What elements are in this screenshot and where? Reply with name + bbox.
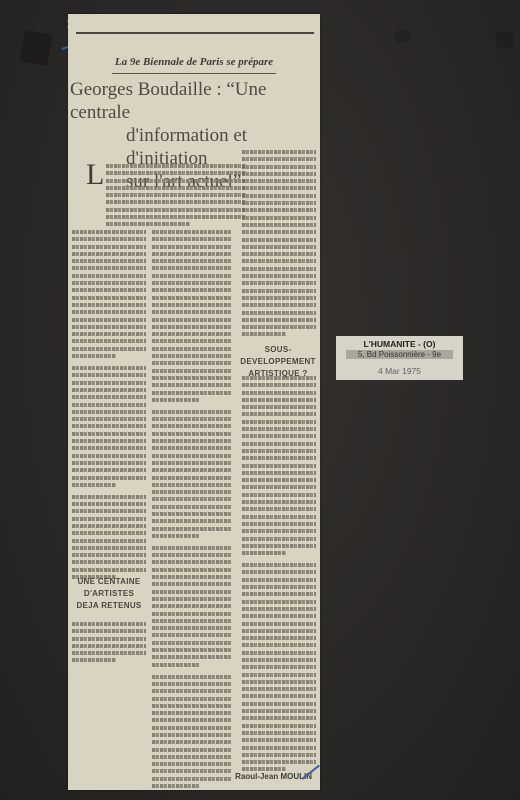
- text-line: [72, 296, 146, 300]
- text-line: [72, 439, 146, 443]
- text-line: [152, 266, 232, 270]
- text-line: [72, 629, 146, 633]
- newspaper-clipping: La 9e Biennale de Paris se prépare Georg…: [68, 14, 320, 790]
- text-line: [242, 442, 316, 446]
- text-line: [242, 289, 316, 293]
- text-line: [106, 179, 246, 183]
- text-line: [72, 266, 146, 270]
- text-line: [242, 420, 316, 424]
- text-line: [152, 755, 232, 759]
- text-line: [72, 622, 146, 626]
- text-line: [152, 769, 232, 773]
- text-line: [152, 641, 232, 645]
- text-line: [242, 607, 316, 611]
- text-line: [152, 281, 232, 285]
- text-line: [242, 724, 316, 728]
- text-line: [242, 296, 316, 300]
- text-line: [152, 748, 232, 752]
- text-line: [152, 575, 232, 579]
- text-line: [106, 215, 246, 219]
- text-line: [242, 478, 316, 482]
- text-line: [242, 680, 316, 684]
- text-line: [106, 208, 246, 212]
- rule: [76, 32, 314, 34]
- text-line: [242, 223, 316, 227]
- text-line: [242, 709, 316, 713]
- text-line: [152, 519, 232, 523]
- text-line: [242, 303, 316, 307]
- text-line: [152, 726, 232, 730]
- text-line: [152, 446, 232, 450]
- text-line: [72, 417, 146, 421]
- tape-residue: [496, 32, 514, 48]
- text-line: [72, 395, 146, 399]
- text-line: [242, 665, 316, 669]
- column-2: [152, 230, 232, 791]
- text-line: [152, 490, 232, 494]
- text-line: [242, 622, 316, 626]
- subhead-centaine-artistes: UNE CENTAINE D'ARTISTES DEJA RETENUS: [72, 576, 146, 612]
- text-line: [152, 497, 232, 501]
- text-line: [242, 651, 316, 655]
- text-line: [242, 702, 316, 706]
- text-line: [152, 633, 232, 637]
- text-line: [242, 544, 316, 548]
- text-line: [72, 366, 146, 370]
- text-line: [72, 424, 146, 428]
- text-line: [242, 673, 316, 677]
- text-line: [242, 464, 316, 468]
- text-line: [242, 738, 316, 742]
- text-line: [242, 570, 316, 574]
- text-line: [242, 150, 316, 154]
- text-line: [72, 281, 146, 285]
- text-line: [152, 704, 232, 708]
- text-line: [152, 648, 232, 652]
- text-line: [72, 454, 146, 458]
- text-line: [242, 179, 316, 183]
- text-line: [106, 222, 190, 226]
- text-line: [152, 597, 232, 601]
- text-line: [242, 493, 316, 497]
- text-line: [152, 689, 232, 693]
- text-line: [152, 777, 232, 781]
- text-line: [242, 592, 316, 596]
- text-line: [242, 760, 316, 764]
- text-line: [242, 267, 316, 271]
- text-line: [152, 590, 232, 594]
- text-line: [106, 200, 246, 204]
- text-line: [242, 405, 316, 409]
- kicker: La 9e Biennale de Paris se prépare: [68, 56, 320, 68]
- text-line: [242, 383, 316, 387]
- text-line: [242, 485, 316, 489]
- text-line: [242, 746, 316, 750]
- text-line: [242, 643, 316, 647]
- text-line: [152, 582, 232, 586]
- text-line: [152, 697, 232, 701]
- tape-residue: [395, 30, 411, 42]
- text-line: [152, 432, 232, 436]
- text-line: [242, 658, 316, 662]
- text-line: [152, 619, 232, 623]
- text-line: [242, 186, 316, 190]
- text-line: [106, 186, 246, 190]
- text-line: [152, 424, 232, 428]
- text-line: [152, 546, 232, 550]
- text-line: [72, 476, 146, 480]
- text-line: [242, 529, 316, 533]
- tape-residue: [19, 29, 53, 66]
- text-line: [72, 651, 146, 655]
- text-line: [72, 546, 146, 550]
- text-line: [106, 193, 246, 197]
- text-line: [242, 434, 316, 438]
- text-line: [152, 398, 200, 402]
- text-line: [242, 507, 316, 511]
- text-line: [242, 551, 286, 555]
- text-line: [152, 733, 232, 737]
- text-line: [72, 644, 146, 648]
- text-line: [72, 303, 146, 307]
- text-line: [152, 230, 232, 234]
- text-line: [72, 560, 146, 564]
- text-line: [152, 325, 232, 329]
- text-line: [152, 383, 232, 387]
- text-line: [72, 468, 146, 472]
- text-line: [242, 325, 316, 329]
- text-line: [152, 512, 232, 516]
- text-line: [152, 711, 232, 715]
- text-line: [72, 553, 146, 557]
- text-line: [152, 468, 232, 472]
- drop-cap: L: [86, 161, 104, 189]
- text-line: [242, 252, 316, 256]
- text-line: [72, 446, 146, 450]
- text-line: [242, 694, 316, 698]
- text-line: [242, 201, 316, 205]
- text-line: [152, 318, 232, 322]
- text-line: [72, 230, 146, 234]
- text-line: [242, 449, 316, 453]
- text-line: [72, 432, 146, 436]
- text-line: [242, 767, 286, 771]
- stamp-date: 4 Mar 1975: [336, 366, 463, 376]
- text-line: [152, 505, 232, 509]
- text-line: [152, 347, 232, 351]
- text-line: [152, 604, 232, 608]
- text-line: [72, 483, 116, 487]
- byline: Raoul-Jean MOULIN: [235, 772, 312, 781]
- stamp-publication: L'HUMANITE - (O): [336, 339, 463, 349]
- text-line: [72, 373, 146, 377]
- text-line: [152, 361, 232, 365]
- text-line: [152, 461, 232, 465]
- text-line: [242, 332, 286, 336]
- text-line: [242, 585, 316, 589]
- text-line: [152, 718, 232, 722]
- text-line: [242, 636, 316, 640]
- text-line: [242, 629, 316, 633]
- text-line: [242, 731, 316, 735]
- text-line: [152, 740, 232, 744]
- text-line: [242, 753, 316, 757]
- text-line: [152, 332, 232, 336]
- text-line: [72, 388, 146, 392]
- text-line: [152, 762, 232, 766]
- text-line: [72, 310, 146, 314]
- text-line: [242, 537, 316, 541]
- lead-paragraph: [106, 164, 246, 230]
- text-line: [152, 534, 200, 538]
- text-line: [152, 553, 232, 557]
- text-line: [242, 563, 316, 567]
- text-line: [242, 456, 316, 460]
- column-3: [242, 150, 316, 340]
- text-line: [72, 245, 146, 249]
- text-line: [72, 252, 146, 256]
- text-line: [152, 410, 232, 414]
- text-line: [152, 527, 232, 531]
- text-line: [72, 354, 116, 358]
- text-line: [72, 288, 146, 292]
- text-line: [152, 274, 232, 278]
- text-line: [242, 600, 316, 604]
- text-line: [72, 332, 146, 336]
- text-line: [152, 655, 232, 659]
- text-line: [72, 509, 146, 513]
- text-line: [72, 259, 146, 263]
- text-line: [106, 164, 246, 168]
- text-line: [242, 238, 316, 242]
- text-line: [242, 398, 316, 402]
- text-line: [242, 165, 316, 169]
- kicker-underline: [112, 73, 276, 74]
- text-line: [242, 208, 316, 212]
- text-line: [152, 784, 200, 788]
- text-line: [242, 172, 316, 176]
- text-line: [152, 288, 232, 292]
- text-line: [72, 517, 146, 521]
- text-line: [72, 274, 146, 278]
- text-line: [72, 339, 146, 343]
- headline-line-1: Georges Boudaille : “Une centrale: [70, 78, 318, 124]
- text-line: [242, 230, 316, 234]
- text-line: [72, 568, 146, 572]
- text-line: [152, 663, 200, 667]
- text-line: [242, 259, 316, 263]
- text-line: [242, 194, 316, 198]
- text-line: [152, 476, 232, 480]
- text-line: [242, 515, 316, 519]
- text-line: [152, 483, 232, 487]
- text-line: [152, 252, 232, 256]
- text-line: [72, 637, 146, 641]
- text-line: [242, 318, 316, 322]
- text-line: [152, 296, 232, 300]
- text-line: [152, 568, 232, 572]
- text-line: [152, 303, 232, 307]
- text-line: [242, 522, 316, 526]
- column-3-continued: [242, 376, 316, 775]
- text-line: [242, 614, 316, 618]
- text-line: [72, 347, 146, 351]
- text-line: [72, 524, 146, 528]
- text-line: [242, 716, 316, 720]
- text-line: [152, 245, 232, 249]
- text-line: [72, 237, 146, 241]
- subhead-sous-developpement: SOUS- DEVELOPPEMENT ARTISTIQUE ?: [236, 344, 320, 380]
- text-line: [72, 461, 146, 465]
- text-line: [152, 675, 232, 679]
- text-line: [72, 325, 146, 329]
- text-line: [242, 157, 316, 161]
- text-line: [152, 237, 232, 241]
- text-line: [152, 369, 232, 373]
- text-line: [72, 403, 146, 407]
- text-line: [72, 495, 146, 499]
- text-line: [72, 381, 146, 385]
- column-1: [72, 230, 146, 582]
- text-line: [72, 531, 146, 535]
- text-line: [106, 171, 246, 175]
- text-line: [72, 658, 116, 662]
- text-line: [242, 427, 316, 431]
- text-line: [152, 310, 232, 314]
- stamp-address: 5, Bd Poissonnière - 9e: [346, 350, 453, 359]
- text-line: [152, 391, 232, 395]
- text-line: [242, 311, 316, 315]
- text-line: [72, 539, 146, 543]
- text-line: [152, 259, 232, 263]
- text-line: [242, 391, 316, 395]
- press-stamp: L'HUMANITE - (O) 5, Bd Poissonnière - 9e…: [336, 336, 463, 380]
- text-line: [72, 410, 146, 414]
- column-1-continued: [72, 622, 146, 666]
- text-line: [242, 274, 316, 278]
- text-line: [152, 612, 232, 616]
- text-line: [242, 412, 316, 416]
- text-line: [242, 471, 316, 475]
- text-line: [242, 281, 316, 285]
- text-line: [152, 417, 232, 421]
- text-line: [152, 354, 232, 358]
- text-line: [72, 502, 146, 506]
- text-line: [152, 454, 232, 458]
- text-line: [152, 439, 232, 443]
- text-line: [242, 245, 316, 249]
- text-line: [242, 500, 316, 504]
- text-line: [152, 560, 232, 564]
- text-line: [242, 216, 316, 220]
- text-line: [152, 626, 232, 630]
- text-line: [152, 376, 232, 380]
- text-line: [242, 687, 316, 691]
- text-line: [242, 578, 316, 582]
- text-line: [152, 339, 232, 343]
- text-line: [72, 318, 146, 322]
- text-line: [152, 682, 232, 686]
